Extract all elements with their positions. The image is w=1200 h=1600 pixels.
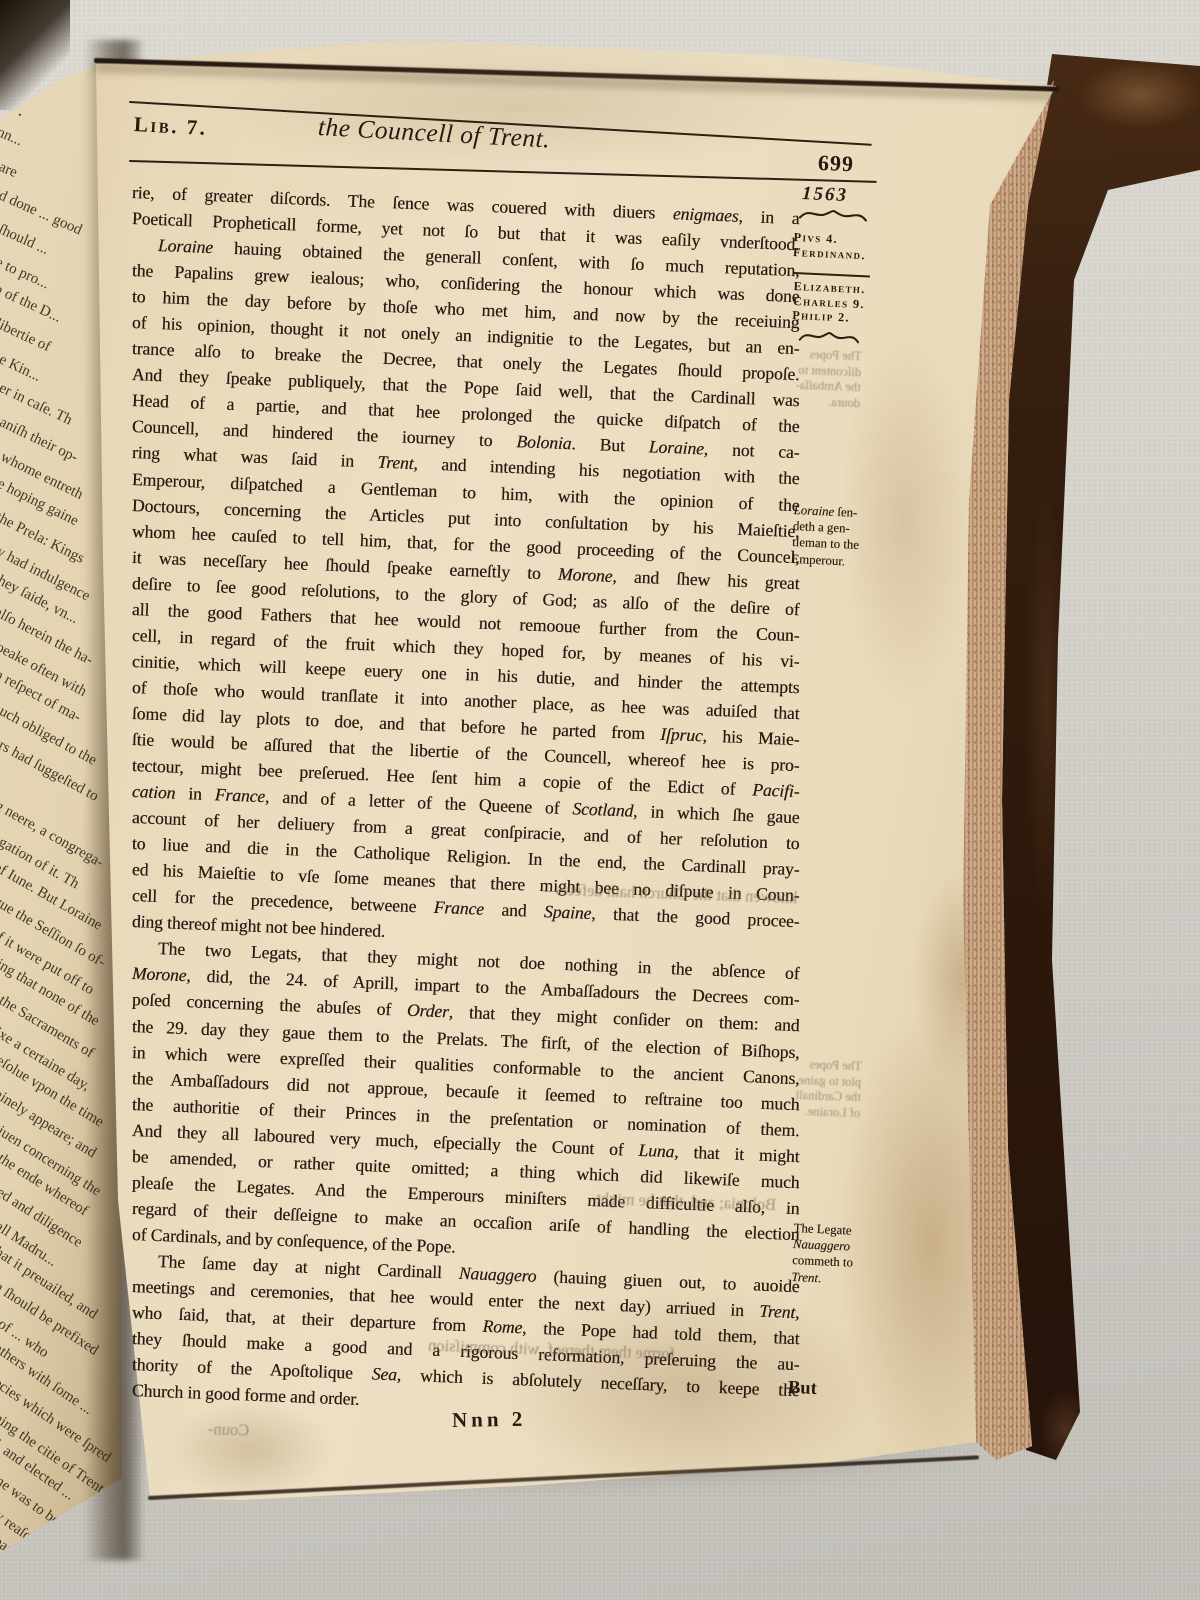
ghost-line: the Cardinall <box>795 1088 860 1106</box>
roman-text: , in which ſhe gaue <box>633 801 800 828</box>
italic-text: Luna <box>638 1140 675 1161</box>
running-header-title: the Councell of Trent. <box>317 112 551 155</box>
roman-text: deth a gen- <box>793 519 850 536</box>
running-header-lib: Lib. 7. <box>133 112 208 141</box>
italic-text: Scotland <box>572 798 634 820</box>
italic-text: Spaine <box>544 901 592 923</box>
italic-text: Loraine <box>158 235 214 257</box>
printed-content: Lib. 7. the Councell of Trent. 699 rie, … <box>0 0 1200 1600</box>
margin-note-line: Ferdinand. <box>793 245 867 263</box>
body-column: rie, of greater diſcords. The ſence was … <box>132 179 800 1403</box>
italic-text: France <box>433 897 484 919</box>
italic-text: enigmaes <box>673 203 739 226</box>
roman-text: , not ca- <box>703 439 799 463</box>
roman-text: Church in good forme and order. <box>132 1380 360 1409</box>
italic-text: Trent <box>791 1270 818 1285</box>
margin-note-line: Trent. <box>791 1269 852 1288</box>
roman-text: in <box>175 783 215 805</box>
margin-note-line: Emperour. <box>791 551 858 570</box>
italic-text: Iſpruc <box>660 724 703 746</box>
roman-text: tleman to the <box>792 535 859 552</box>
roman-text: and <box>484 899 545 921</box>
italic-text: Loraine <box>648 437 704 459</box>
italic-text: Morone <box>558 563 613 585</box>
margin-year: 1563 <box>802 183 849 207</box>
show-through-margin-note: The Popesdiſcontent tothe Ambaſſa-doura. <box>795 347 862 411</box>
italic-text: Trent <box>759 1301 796 1322</box>
italic-text: Morone <box>132 963 187 985</box>
show-through-margin-note: The Popesplot to gainethe Cardinallof Lo… <box>795 1057 862 1121</box>
ghost-line: doura. <box>795 393 860 411</box>
roman-text: Emperour. <box>791 552 845 568</box>
margin-note-line: Philip 2. <box>792 308 865 326</box>
italic-text: Pacifi- <box>752 779 800 801</box>
italic-text: France <box>214 784 265 806</box>
roman-text: commeth to <box>792 1253 853 1270</box>
italic-text: Loraine <box>793 503 834 519</box>
italic-text: Bolonia <box>516 432 572 454</box>
page-number: 699 <box>818 150 855 177</box>
roman-text: , <box>795 1302 800 1322</box>
roman-text: . But <box>571 434 649 457</box>
roman-text: , his Maie- <box>702 725 800 749</box>
signature-mark: Nnn 2 <box>452 1407 527 1433</box>
ghost-line: the Ambaſſa- <box>795 378 860 396</box>
italic-text: Nauaggero <box>458 1263 536 1286</box>
roman-text: , that it might <box>674 1141 800 1166</box>
italic-text: cation <box>132 781 176 803</box>
roman-text: ſen- <box>834 505 858 520</box>
roman-text: The Legate <box>793 1221 851 1238</box>
ghost-line: of Loraine. <box>795 1103 860 1121</box>
italic-text: Nauaggero <box>793 1237 851 1254</box>
roman-text: , and ſhew his great <box>612 566 800 593</box>
italic-text: Trent <box>377 452 414 473</box>
italic-text: Order <box>407 1000 450 1022</box>
show-through-text: Coun- <box>208 1419 250 1440</box>
catchword: But <box>788 1378 818 1400</box>
swash-flourish-icon <box>798 206 869 228</box>
italic-text: Sea <box>371 1364 397 1385</box>
italic-text: Rome <box>482 1316 522 1338</box>
roman-text: , in a <box>738 206 800 228</box>
photo-of-open-book: Lib. 7.n of ann......who areey had done … <box>0 0 1200 1600</box>
roman-text: . <box>818 1271 822 1285</box>
margin-note: The LegateNauaggerocommeth toTrent. <box>791 1220 855 1288</box>
margin-rulers-note: Pivs 4.Ferdinand. <box>793 230 867 262</box>
margin-rulers-note: Elizabeth.Charles 9.Philip 2. <box>792 279 866 326</box>
margin-rule <box>794 272 870 277</box>
margin-note: Loraine ſen-deth a gen-tleman to theEmpe… <box>791 502 861 570</box>
